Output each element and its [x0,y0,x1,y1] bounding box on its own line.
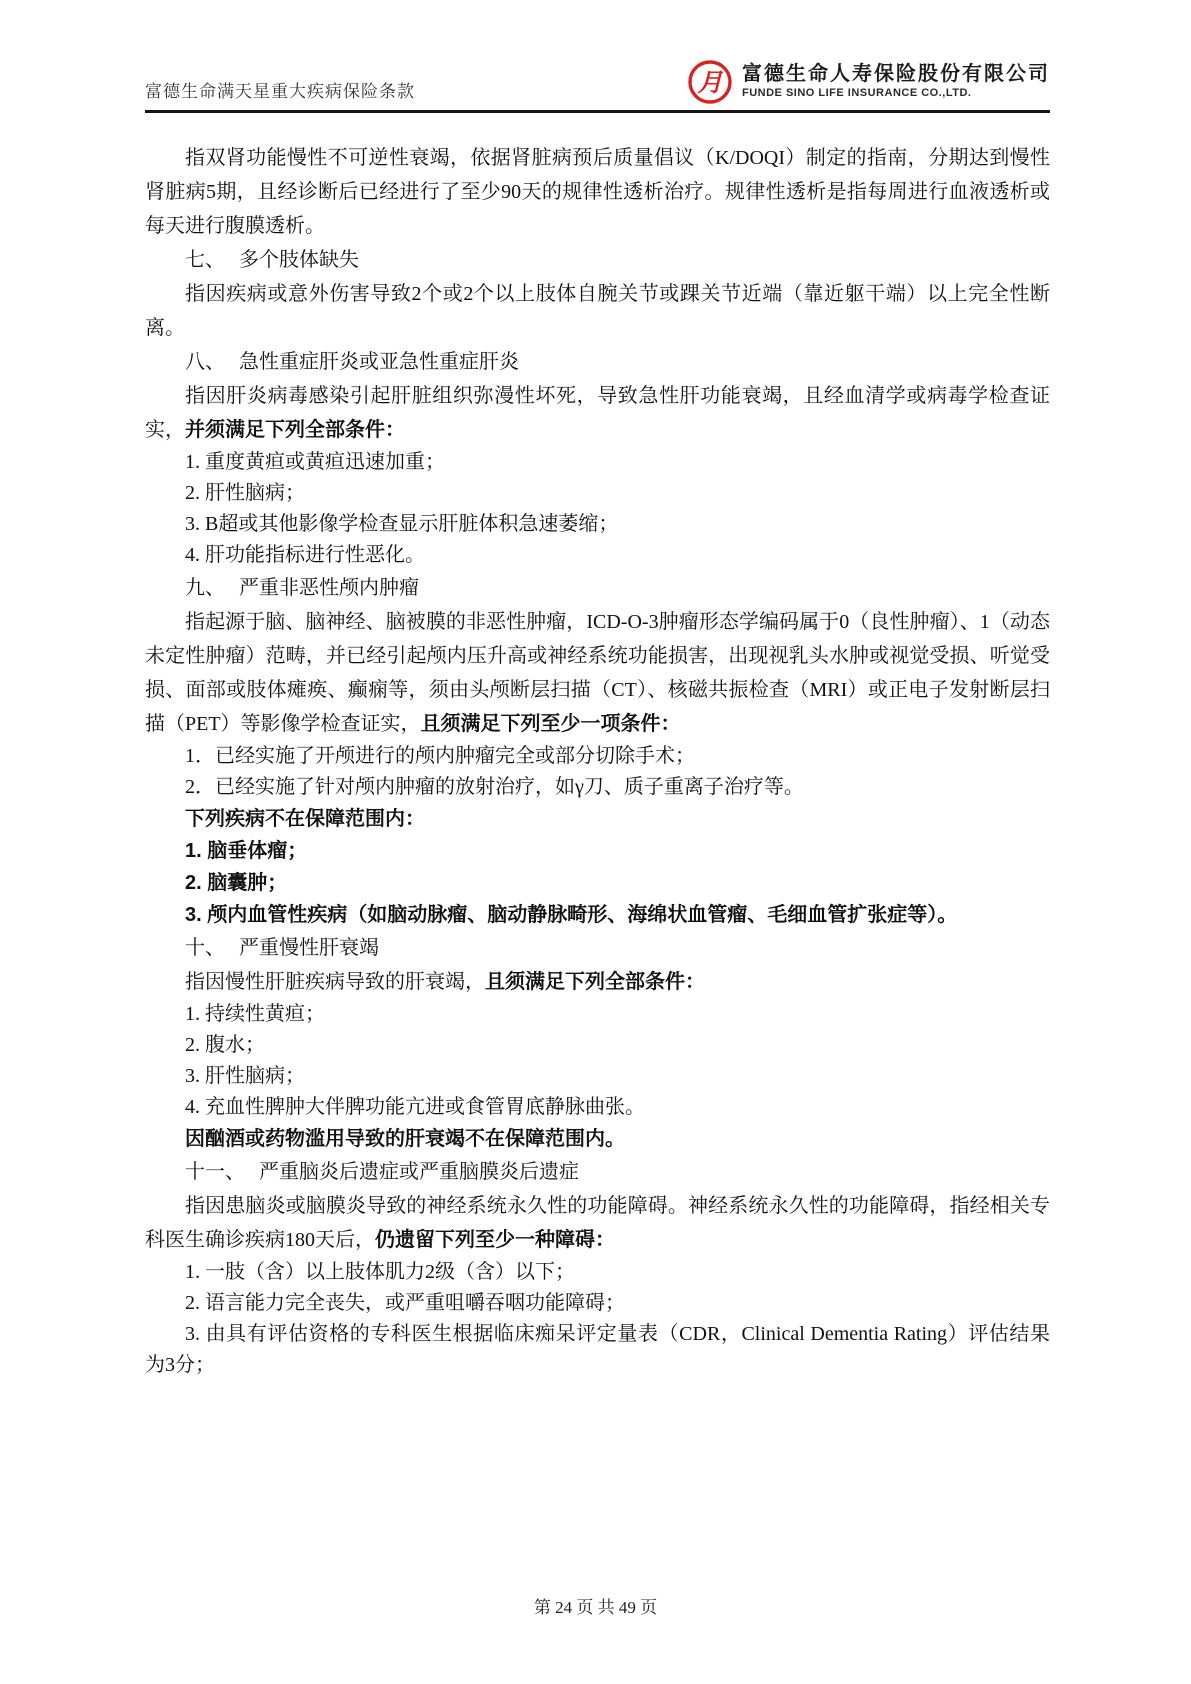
bold-condition-text: 并须满足下列全部条件： [185,419,405,441]
paragraph-text: 指因慢性肝脏疾病导致的肝衰竭， [185,971,485,993]
section-7-heading: 七、多个肢体缺失 [145,243,1050,277]
section-title: 严重慢性肝衰竭 [239,937,379,959]
company-logo: 月 富德生命人寿保险股份有限公司 FUNDE SINO LIFE INSURAN… [687,59,1050,105]
company-name-en: FUNDE SINO LIFE INSURANCE CO.,LTD. [742,88,1050,100]
list-item: 1．已经实施了开颅进行的颅内肿瘤完全或部分切除手术； [145,741,1050,772]
page-number: 第 24 页 共 49 页 [534,1598,657,1617]
list-item: 2. 肝性脑病； [145,478,1050,509]
list-item: 2．已经实施了针对颅内肿瘤的放射治疗，如γ刀、质子重离子治疗等。 [145,772,1050,803]
paragraph-intracranial-tumor: 指起源于脑、脑神经、脑被膜的非恶性肿瘤，ICD-O-3肿瘤形态学编码属于0（良性… [145,605,1050,741]
funde-logo-icon: 月 [687,59,733,105]
list-item: 1. 一肢（含）以上肢体肌力2级（含）以下； [145,1257,1050,1288]
section-title: 多个肢体缺失 [239,249,359,271]
exclusion-item: 2. 脑囊肿； [145,867,1050,899]
list-item: 3. 肝性脑病； [145,1061,1050,1092]
section-9-heading: 九、严重非恶性颅内肿瘤 [145,571,1050,605]
section-number: 七、 [185,249,225,271]
section-number: 十一、 [185,1161,245,1183]
exclusion-title: 下列疾病不在保障范围内： [145,803,1050,835]
svg-text:月: 月 [697,70,723,97]
exclusion-item: 3. 颅内血管性疾病（如脑动脉瘤、脑动静脉畸形、海绵状血管瘤、毛细血管扩张症等）… [145,899,1050,931]
doc-title: 富德生命满天星重大疾病保险条款 [145,77,415,105]
section-title: 严重脑炎后遗症或严重脑膜炎后遗症 [259,1161,579,1183]
section-11-heading: 十一、严重脑炎后遗症或严重脑膜炎后遗症 [145,1155,1050,1189]
list-item: 1. 持续性黄疸； [145,999,1050,1030]
paragraph-acute-hepatitis: 指因肝炎病毒感染引起肝脏组织弥漫性坏死，导致急性肝功能衰竭，且经血清学或病毒学检… [145,379,1050,447]
list-item: 2. 语言能力完全丧失，或严重咀嚼吞咽功能障碍； [145,1288,1050,1319]
exclusion-note-alcohol: 因酗酒或药物滥用导致的肝衰竭不在保障范围内。 [145,1123,1050,1155]
list-item: 4. 肝功能指标进行性恶化。 [145,540,1050,571]
section-8-heading: 八、急性重症肝炎或亚急性重症肝炎 [145,345,1050,379]
bold-condition-text: 且须满足下列全部条件： [485,971,705,993]
bold-condition-text: 仍遗留下列至少一种障碍： [375,1229,615,1251]
company-name-cn: 富德生命人寿保险股份有限公司 [742,64,1050,85]
section-number: 九、 [185,577,225,599]
paragraph-limb-loss: 指因疾病或意外伤害导致2个或2个以上肢体自腕关节或踝关节近端（靠近躯干端）以上完… [145,277,1050,345]
section-number: 十、 [185,937,225,959]
list-item: 4. 充血性脾肿大伴脾功能亢进或食管胃底静脉曲张。 [145,1092,1050,1123]
list-item: 3. B超或其他影像学检查显示肝脏体积急速萎缩； [145,509,1050,540]
document-page: 富德生命满天星重大疾病保险条款 月 富德生命人寿保险股份有限公司 FUNDE S… [0,0,1191,1684]
list-item: 2. 腹水； [145,1030,1050,1061]
company-name-block: 富德生命人寿保险股份有限公司 FUNDE SINO LIFE INSURANCE… [742,64,1050,100]
section-title: 严重非恶性颅内肿瘤 [239,577,419,599]
bold-condition-text: 且须满足下列至少一项条件： [421,713,681,735]
page-header: 富德生命满天星重大疾病保险条款 月 富德生命人寿保险股份有限公司 FUNDE S… [145,0,1050,113]
section-title: 急性重症肝炎或亚急性重症肝炎 [239,351,519,373]
paragraph-encephalitis: 指因患脑炎或脑膜炎导致的神经系统永久性的功能障碍。神经系统永久性的功能障碍，指经… [145,1189,1050,1257]
list-item: 1. 重度黄疸或黄疸迅速加重； [145,447,1050,478]
list-item: 3. 由具有评估资格的专科医生根据临床痴呆评定量表（CDR，Clinical D… [145,1319,1050,1381]
document-body: 指双肾功能慢性不可逆性衰竭，依据肾脏病预后质量倡议（K/DOQI）制定的指南，分… [145,113,1050,1381]
section-number: 八、 [185,351,225,373]
paragraph-kidney-failure: 指双肾功能慢性不可逆性衰竭，依据肾脏病预后质量倡议（K/DOQI）制定的指南，分… [145,141,1050,243]
paragraph-liver-failure: 指因慢性肝脏疾病导致的肝衰竭，且须满足下列全部条件： [145,965,1050,999]
section-10-heading: 十、严重慢性肝衰竭 [145,931,1050,965]
exclusion-item: 1. 脑垂体瘤； [145,835,1050,867]
page-footer: 第 24 页 共 49 页 [0,1593,1191,1618]
